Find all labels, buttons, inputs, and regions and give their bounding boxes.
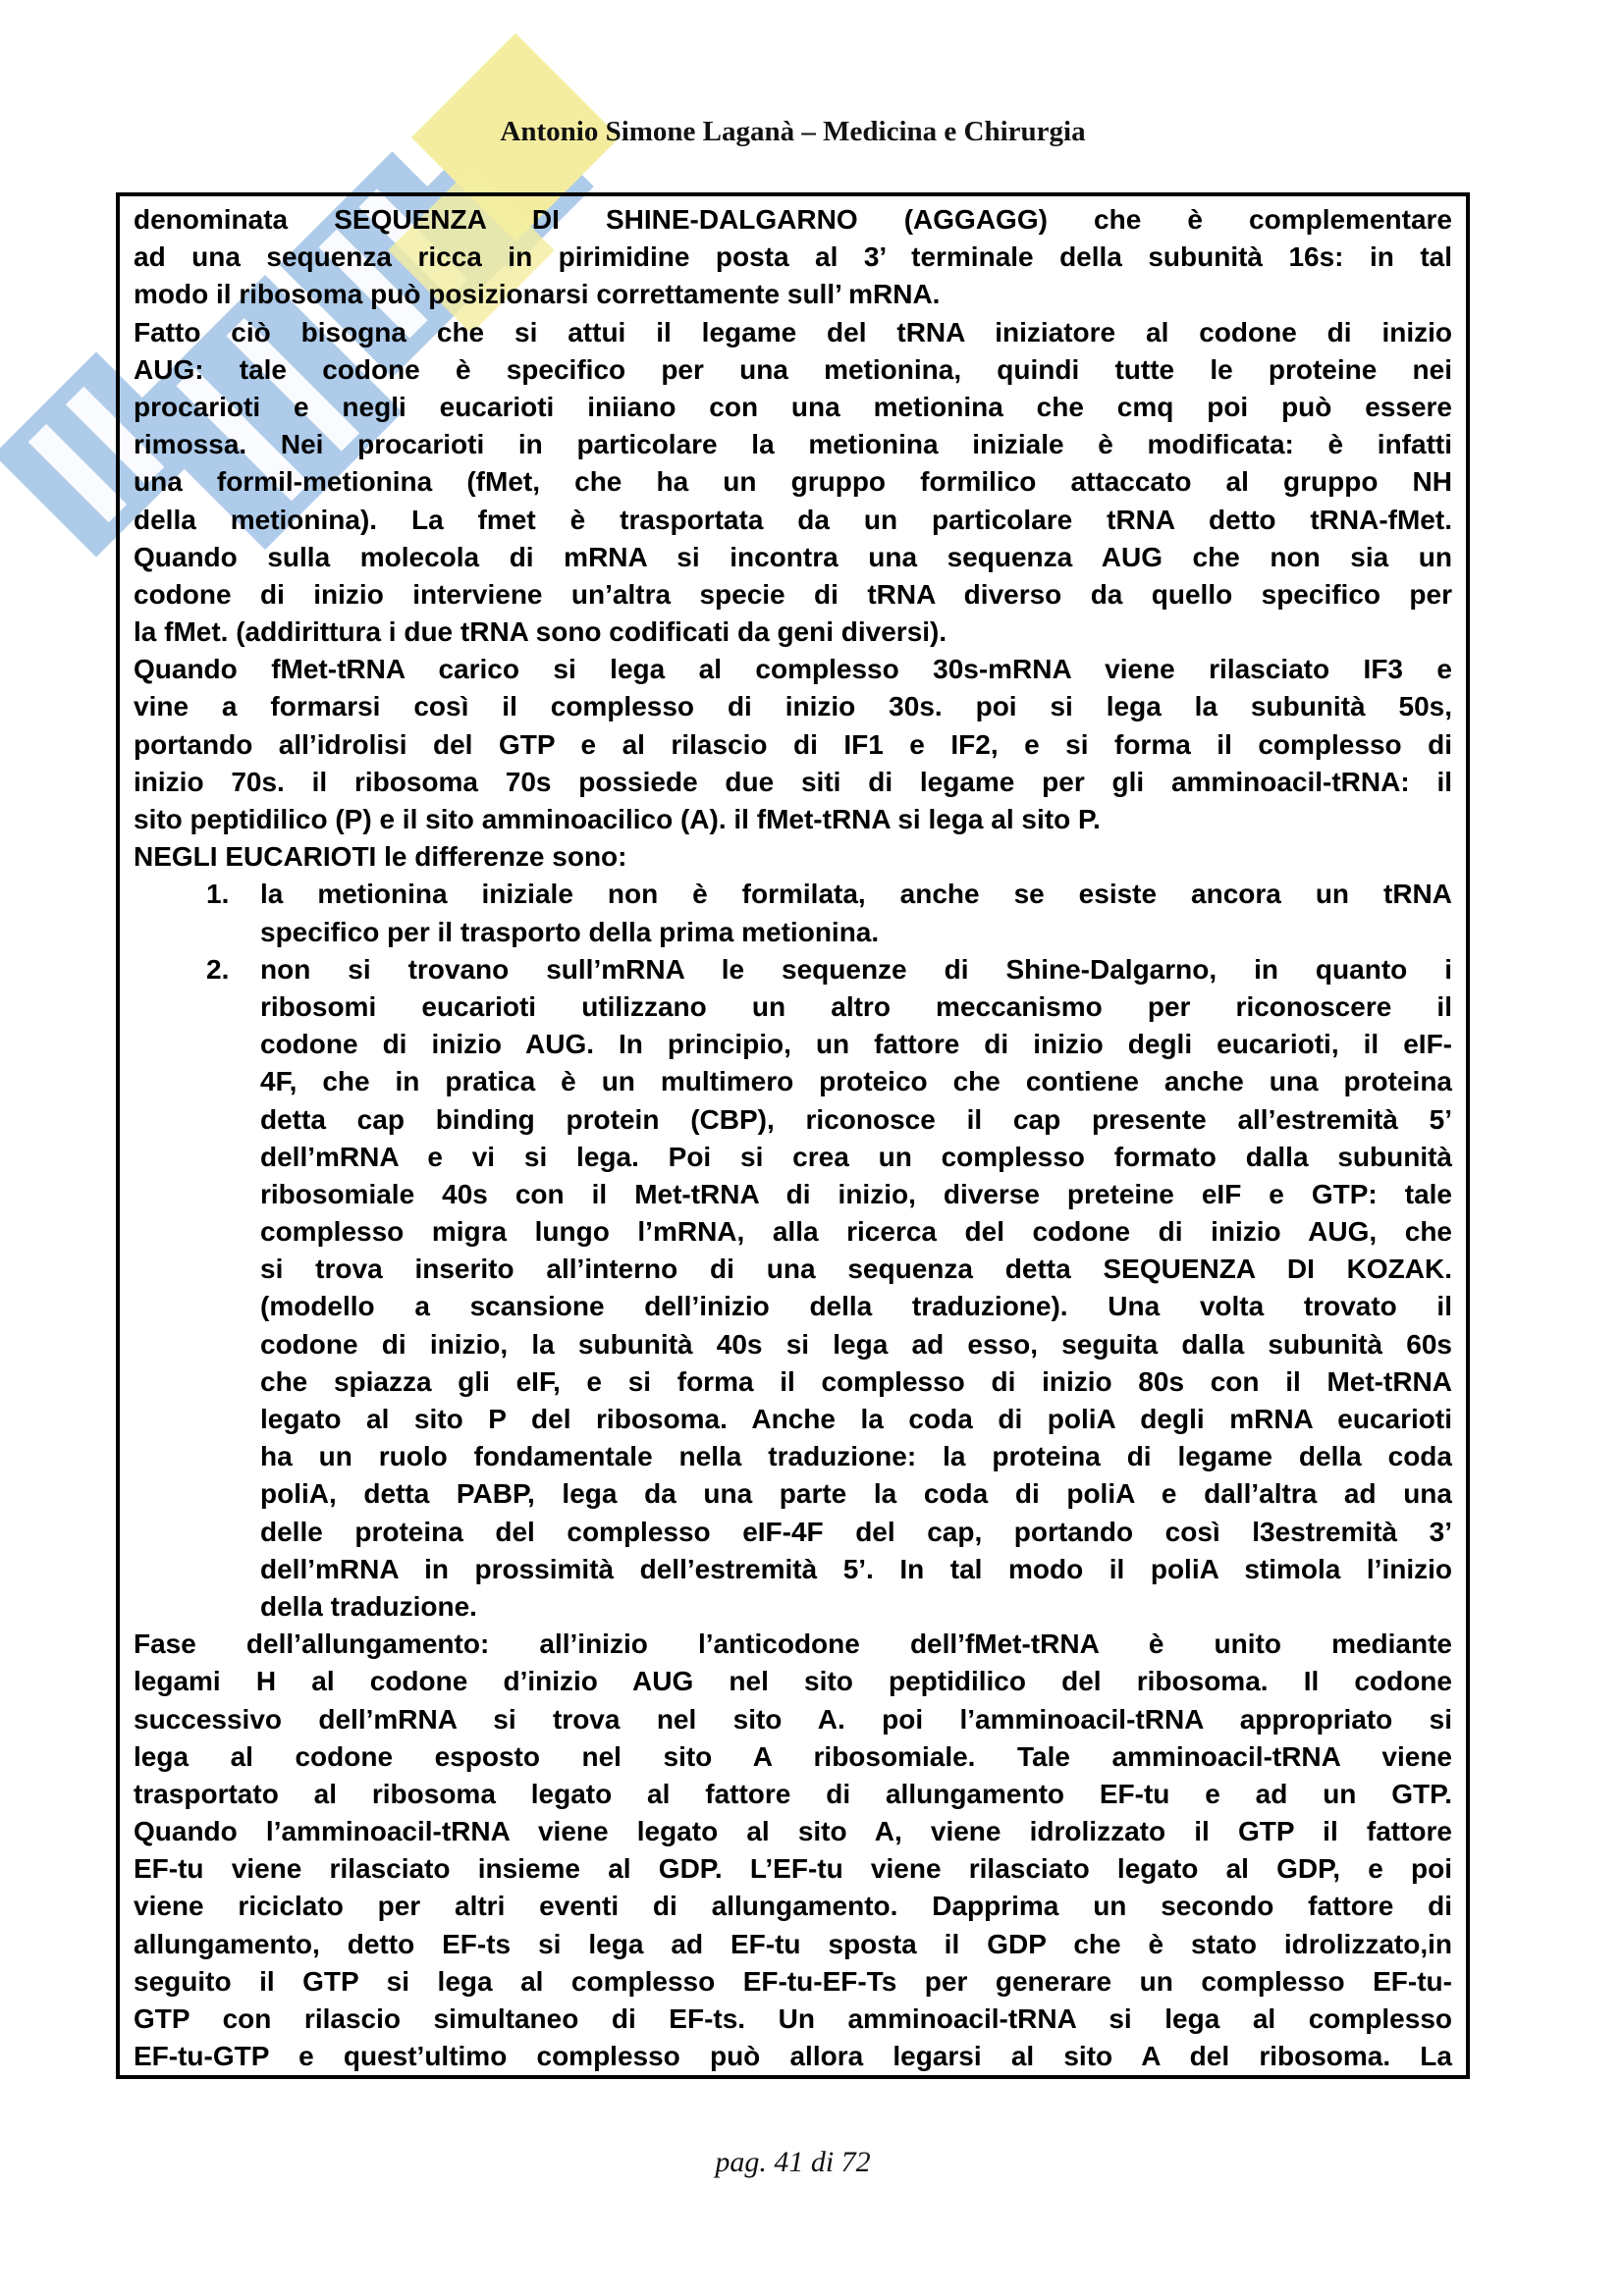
page-title: Antonio Simone Laganà – Medicina e Chiru… <box>116 116 1470 148</box>
text-line: EF-tu-GTP e quest’ultimo complesso può a… <box>134 2038 1452 2075</box>
text-line: EF-tu viene rilasciato insieme al GDP. L… <box>134 1850 1452 1888</box>
text-line: successivo dell’mRNA si trova nel sito A… <box>134 1701 1452 1738</box>
text-line: NEGLI EUCARIOTI le differenze sono: <box>134 838 1452 876</box>
text-line: viene riciclato per altri eventi di allu… <box>134 1888 1452 1925</box>
text-line: Fase dell’allungamento: all’inizio l’ant… <box>134 1626 1452 1663</box>
text-line: modo il ribosoma può posizionarsi corret… <box>134 276 1452 313</box>
text-line: della metionina). La fmet è trasportata … <box>134 502 1452 539</box>
text-line: sito peptidilico (P) e il sito amminoaci… <box>134 801 1452 838</box>
text-box: denominata SEQUENZA DI SHINE-DALGARNO (A… <box>116 192 1470 2079</box>
text-line: della traduzione. <box>134 1588 1452 1626</box>
text-line: (modello a scansione dell’inizio della t… <box>134 1288 1452 1325</box>
text-line: codone di inizio interviene un’altra spe… <box>134 576 1452 614</box>
text-line: legami H al codone d’inizio AUG nel sito… <box>134 1663 1452 1700</box>
text-line: si trova inserito all’interno di una seq… <box>134 1251 1452 1288</box>
footer-page-number: pag. 41 di 72 <box>116 2146 1470 2179</box>
text-line: la fMet. (addirittura i due tRNA sono co… <box>134 614 1452 651</box>
text-line: codone di inizio, la subunità 40s si leg… <box>134 1326 1452 1363</box>
text-line: GTP con rilascio simultaneo di EF-ts. Un… <box>134 2001 1452 2038</box>
text-line: dell’mRNA in prossimità dell’estremità 5… <box>134 1551 1452 1588</box>
text-line: ha un ruolo fondamentale nella traduzion… <box>134 1438 1452 1475</box>
text-line: inizio 70s. il ribosoma 70s possiede due… <box>134 764 1452 801</box>
text-line: detta cap binding protein (CBP), riconos… <box>134 1101 1452 1139</box>
text-line: codone di inizio AUG. In principio, un f… <box>134 1026 1452 1063</box>
text-line: ribosomi eucarioti utilizzano un altro m… <box>134 988 1452 1026</box>
list-number: 2. <box>206 951 260 988</box>
text-line: denominata SEQUENZA DI SHINE-DALGARNO (A… <box>134 201 1452 239</box>
text-line: che spiazza gli eIF, e si forma il compl… <box>134 1363 1452 1401</box>
text-line: poliA, detta PABP, lega da una parte la … <box>134 1475 1452 1513</box>
text-line: Quando fMet-tRNA carico si lega al compl… <box>134 651 1452 688</box>
text-line: una formil-metionina (fMet, che ha un gr… <box>134 463 1452 501</box>
text-line: dell’mRNA e vi si lega. Poi si crea un c… <box>134 1139 1452 1176</box>
text-line: procarioti e negli eucarioti iniiano con… <box>134 389 1452 426</box>
text-line: lega al codone esposto nel sito A riboso… <box>134 1738 1452 1776</box>
list-item-text: non si trovano sull’mRNA le sequenze di … <box>260 951 1452 988</box>
text-line: complesso migra lungo l’mRNA, alla ricer… <box>134 1213 1452 1251</box>
text-line: vine a formarsi così il complesso di ini… <box>134 688 1452 725</box>
text-line: 4F, che in pratica è un multimero protei… <box>134 1063 1452 1100</box>
text-line: ribosomiale 40s con il Met-tRNA di inizi… <box>134 1176 1452 1213</box>
text-line: rimossa. Nei procarioti in particolare l… <box>134 426 1452 463</box>
text-line: AUG: tale codone è specifico per una met… <box>134 351 1452 389</box>
text-line: seguito il GTP si lega al complesso EF-t… <box>134 1963 1452 2001</box>
text-line: portando all’idrolisi del GTP e al rilas… <box>134 726 1452 764</box>
text-line: Fatto ciò bisogna che si attui il legame… <box>134 314 1452 351</box>
text-line: legato al sito P del ribosoma. Anche la … <box>134 1401 1452 1438</box>
text-line: 2.non si trovano sull’mRNA le sequenze d… <box>134 951 1452 988</box>
text-line: trasportato al ribosoma legato al fattor… <box>134 1776 1452 1813</box>
text-line: delle proteina del complesso eIF-4F del … <box>134 1514 1452 1551</box>
text-line: Quando sulla molecola di mRNA si incontr… <box>134 539 1452 576</box>
document-page: Antonio Simone Laganà – Medicina e Chiru… <box>0 0 1623 2296</box>
text-line: 1.la metionina iniziale non è formilata,… <box>134 876 1452 913</box>
list-number: 1. <box>206 876 260 913</box>
list-item-text: la metionina iniziale non è formilata, a… <box>260 876 1452 913</box>
text-line: ad una sequenza ricca in pirimidine post… <box>134 239 1452 276</box>
text-line: allungamento, detto EF-ts si lega ad EF-… <box>134 1926 1452 1963</box>
text-line: Quando l’amminoacil-tRNA viene legato al… <box>134 1813 1452 1850</box>
text-line: specifico per il trasporto della prima m… <box>134 914 1452 951</box>
